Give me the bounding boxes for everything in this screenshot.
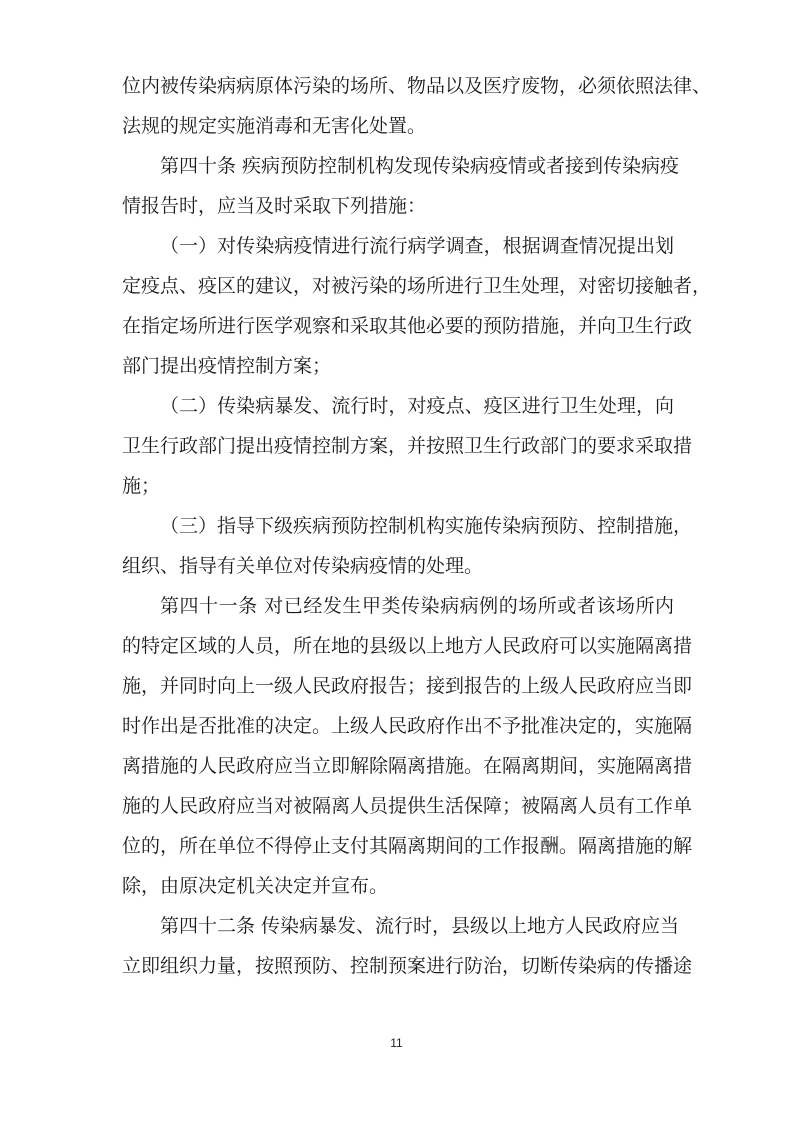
text-line: 情报告时，应当及时采取下列措施： <box>122 186 674 226</box>
text-line: 时作出是否批准的决定。上级人民政府作出不予批准决定的，实施隔 <box>122 706 674 746</box>
text-line: 施的人民政府应当对被隔离人员提供生活保障；被隔离人员有工作单 <box>122 786 674 826</box>
document-page: 位内被传染病病原体污染的场所、物品以及医疗废物，必须依照法律、 法规的规定实施消… <box>122 66 674 986</box>
text-line: 位内被传染病病原体污染的场所、物品以及医疗废物，必须依照法律、 <box>122 66 674 106</box>
text-line: 第四十二条 传染病暴发、流行时，县级以上地方人民政府应当 <box>122 906 674 946</box>
text-line: 卫生行政部门提出疫情控制方案，并按照卫生行政部门的要求采取措 <box>122 426 674 466</box>
text-line: 施； <box>122 466 674 506</box>
paragraph-article-40-item-1: （一）对传染病疫情进行流行病学调查，根据调查情况提出划 定疫点、疫区的建议，对被… <box>122 226 674 386</box>
paragraph-continuation: 位内被传染病病原体污染的场所、物品以及医疗废物，必须依照法律、 法规的规定实施消… <box>122 66 674 146</box>
text-line: 法规的规定实施消毒和无害化处置。 <box>122 106 674 146</box>
text-line: 第四十条 疾病预防控制机构发现传染病疫情或者接到传染病疫 <box>122 146 674 186</box>
text-line: 定疫点、疫区的建议，对被污染的场所进行卫生处理，对密切接触者， <box>122 266 674 306</box>
text-line: 位的，所在单位不得停止支付其隔离期间的工作报酬。隔离措施的解 <box>122 826 674 866</box>
paragraph-article-42: 第四十二条 传染病暴发、流行时，县级以上地方人民政府应当 立即组织力量，按照预防… <box>122 906 674 986</box>
page-number: 11 <box>0 1036 793 1050</box>
text-line: 第四十一条 对已经发生甲类传染病病例的场所或者该场所内 <box>122 586 674 626</box>
paragraph-article-40-item-3: （三）指导下级疾病预防控制机构实施传染病预防、控制措施， 组织、指导有关单位对传… <box>122 506 674 586</box>
text-line: 在指定场所进行医学观察和采取其他必要的预防措施，并向卫生行政 <box>122 306 674 346</box>
paragraph-article-40: 第四十条 疾病预防控制机构发现传染病疫情或者接到传染病疫 情报告时，应当及时采取… <box>122 146 674 226</box>
text-line: （一）对传染病疫情进行流行病学调查，根据调查情况提出划 <box>122 226 674 266</box>
text-line: 除，由原决定机关决定并宣布。 <box>122 866 674 906</box>
text-line: 施，并同时向上一级人民政府报告；接到报告的上级人民政府应当即 <box>122 666 674 706</box>
text-line: 部门提出疫情控制方案； <box>122 346 674 386</box>
paragraph-article-40-item-2: （二）传染病暴发、流行时，对疫点、疫区进行卫生处理，向 卫生行政部门提出疫情控制… <box>122 386 674 506</box>
text-line: 的特定区域的人员，所在地的县级以上地方人民政府可以实施隔离措 <box>122 626 674 666</box>
text-line: （三）指导下级疾病预防控制机构实施传染病预防、控制措施， <box>122 506 674 546</box>
text-line: 离措施的人民政府应当立即解除隔离措施。在隔离期间，实施隔离措 <box>122 746 674 786</box>
paragraph-article-41: 第四十一条 对已经发生甲类传染病病例的场所或者该场所内 的特定区域的人员，所在地… <box>122 586 674 906</box>
text-line: 组织、指导有关单位对传染病疫情的处理。 <box>122 546 674 586</box>
text-line: （二）传染病暴发、流行时，对疫点、疫区进行卫生处理，向 <box>122 386 674 426</box>
text-line: 立即组织力量，按照预防、控制预案进行防治，切断传染病的传播途 <box>122 946 674 986</box>
